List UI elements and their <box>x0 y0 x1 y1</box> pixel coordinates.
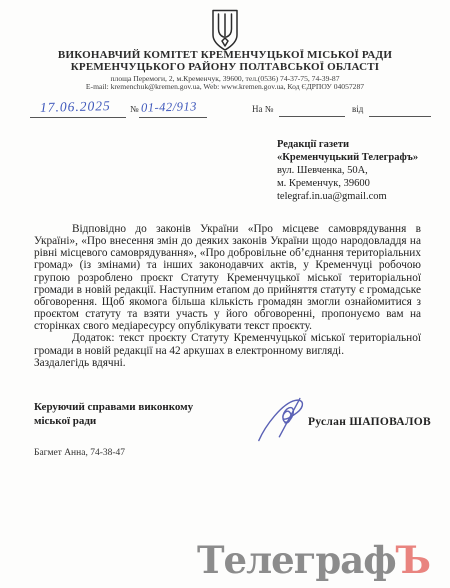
recipient-street: вул. Шевченка, 50А, <box>277 164 418 177</box>
org-name-line1: ВИКОНАВЧИЙ КОМІТЕТ КРЕМЕНЧУЦЬКОЇ МІСЬКОЇ… <box>0 49 450 61</box>
reply-date-label: від <box>352 104 363 114</box>
recipient-organization: Редакції газети <box>277 138 418 151</box>
body-paragraph-thanks: Заздалегідь вдячні. <box>34 357 421 369</box>
telegraf-watermark-logo: ТелеграфЪ <box>197 538 430 582</box>
signer-name: Руслан ШАПОВАЛОВ <box>308 416 431 428</box>
handwritten-signature-icon <box>256 395 312 445</box>
recipient-block: Редакції газети «Кременчуцький Телеграфъ… <box>277 138 418 203</box>
body-paragraph-1: Відповідно до законів України «Про місце… <box>34 223 421 332</box>
scanned-letter-page: ВИКОНАВЧИЙ КОМІТЕТ КРЕМЕНЧУЦЬКОЇ МІСЬКОЇ… <box>0 0 450 588</box>
handwritten-outgoing-number: 01-42/913 <box>141 99 197 115</box>
signer-title-line2: міської ради <box>34 415 193 429</box>
watermark-text-red: Ъ <box>396 538 430 582</box>
number-sign-label: № <box>130 104 139 114</box>
watermark-text-gray: Телеграф <box>197 538 396 582</box>
number-underline <box>139 117 207 118</box>
date-underline <box>30 117 126 118</box>
reply-number-blank-underline <box>279 116 345 117</box>
ukraine-trident-emblem-icon <box>210 9 240 52</box>
recipient-newspaper-name: «Кременчуцький Телеграфъ» <box>277 151 418 164</box>
recipient-email: telegraf.in.ua@gmail.com <box>277 190 418 203</box>
recipient-city: м. Кременчук, 39600 <box>277 177 418 190</box>
reply-date-blank-underline <box>369 116 431 117</box>
handwritten-date: 17.06.2025 <box>40 98 111 116</box>
org-contacts: E-mail: kremenchuk@kremen.gov.ua, Web: w… <box>0 82 450 91</box>
reply-to-number-label: На № <box>252 104 273 114</box>
signer-title-line1: Керуючий справами виконкому <box>34 401 193 415</box>
signer-title: Керуючий справами виконкому міської ради <box>34 401 193 428</box>
executor-contact: Багмет Анна, 74-38-47 <box>34 448 125 458</box>
org-name-line2: КРЕМЕНЧУЦЬКОГО РАЙОНУ ПОЛТАВСЬКОЇ ОБЛАСТ… <box>0 61 450 73</box>
letter-body: Відповідно до законів України «Про місце… <box>34 223 421 369</box>
body-paragraph-attachment: Додаток: текст проєкту Статуту Кременчуц… <box>34 332 421 356</box>
